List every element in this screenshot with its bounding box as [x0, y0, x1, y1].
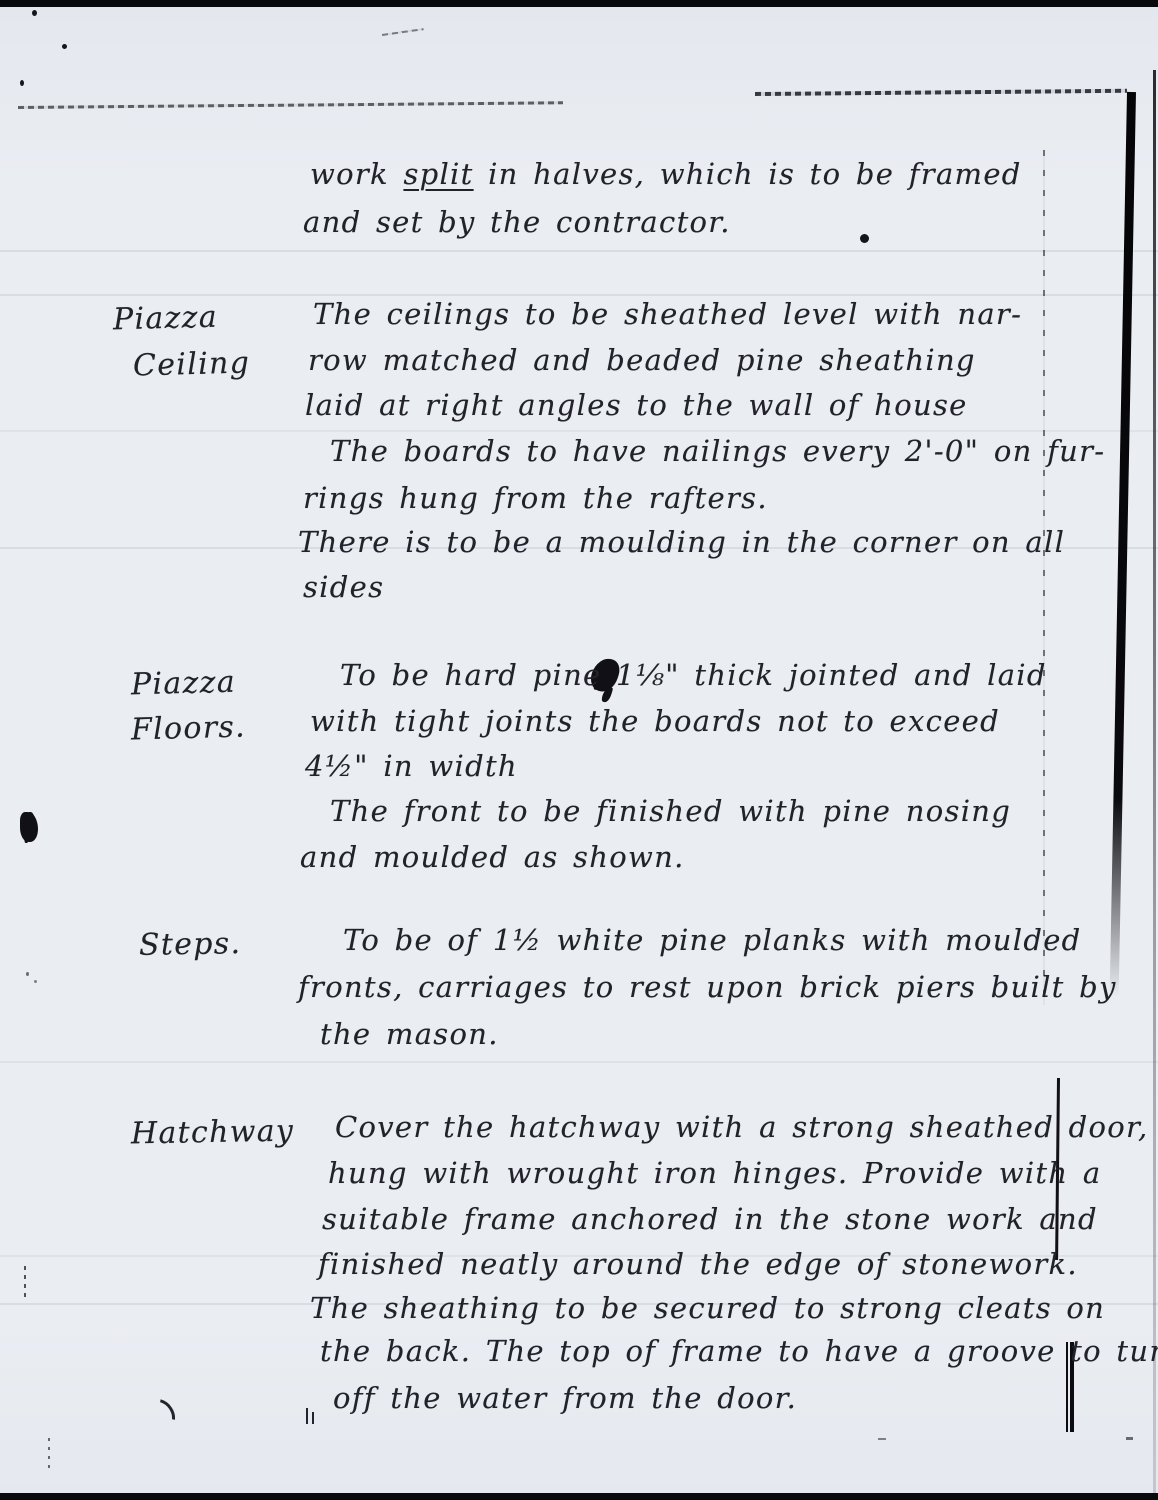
handwritten-line: laid at right angles to the wall of hous… [305, 391, 968, 420]
tick-mark [312, 1412, 314, 1424]
scan-band-line [0, 250, 1158, 252]
handwritten-line: To be hard pine 1⅛" thick jointed and la… [340, 661, 1047, 690]
intro-text-post: in halves, which is to be framed [474, 157, 1022, 191]
section-label-piazza-ceiling: Piazza [113, 303, 219, 336]
handwritten-line: There is to be a moulding in the corner … [298, 528, 1065, 557]
margin-smudge [20, 812, 38, 842]
binding-shadow-line [1110, 92, 1136, 997]
scan-band-line [0, 430, 1158, 432]
handwritten-line: The front to be finished with pine nosin… [330, 797, 1011, 826]
handwritten-line: The boards to have nailings every 2'-0" … [330, 437, 1105, 466]
pen-check-mark [139, 1393, 181, 1437]
handwritten-line: The sheathing to be secured to strong cl… [310, 1294, 1105, 1323]
scan-scratch-line-left [18, 101, 563, 109]
handwritten-line: hung with wrought iron hinges. Provide w… [328, 1159, 1101, 1188]
handwritten-line: sides [303, 573, 384, 602]
handwritten-line: The ceilings to be sheathed level with n… [313, 300, 1022, 329]
handwritten-line: row matched and beaded pine sheathing [308, 346, 976, 375]
handwritten-line: the mason. [320, 1020, 499, 1049]
section-label-steps: Steps. [139, 929, 242, 961]
fold-crease-dashed-line [1043, 150, 1045, 1005]
corner-speck-icon [20, 80, 24, 86]
scan-top-edge-bar [0, 0, 1158, 7]
handwritten-line: finished neatly around the edge of stone… [318, 1250, 1078, 1279]
handwritten-line: rings hung from the rafters. [303, 484, 768, 513]
scan-band-line [0, 1061, 1158, 1063]
margin-dots [34, 980, 37, 983]
underlined-word: split [403, 157, 473, 191]
section-label-hatchway: Hatchway [131, 1117, 295, 1150]
section-label-piazza-ceiling: Ceiling [133, 348, 251, 381]
margin-dotted-mark [48, 1438, 50, 1472]
scan-scratch-line-right [755, 89, 1127, 96]
section-label-piazza-floors: Floors. [131, 713, 247, 746]
ink-dot [860, 234, 869, 243]
page-edge-line [1153, 70, 1156, 1500]
intro-text-pre: work [310, 157, 403, 191]
margin-dots [26, 972, 29, 976]
handwritten-line: off the water from the door. [333, 1384, 797, 1413]
handwritten-line: suitable frame anchored in the stone wor… [322, 1205, 1098, 1234]
section-label-piazza-floors: Piazza [131, 668, 237, 701]
handwritten-line: work split in halves, which is to be fra… [310, 160, 1022, 189]
handwritten-line: the back. The top of frame to have a gro… [320, 1337, 1158, 1366]
handwritten-line: and set by the contractor. [303, 208, 731, 237]
document-page: work split in halves, which is to be fra… [0, 0, 1158, 1500]
handwritten-line: 4½" in width [305, 752, 518, 781]
corner-speck-icon [62, 44, 67, 49]
handwritten-line: and moulded as shown. [300, 843, 685, 872]
tick-mark [306, 1408, 308, 1424]
handwritten-line: fronts, carriages to rest upon brick pie… [298, 973, 1117, 1002]
handwritten-line: Cover the hatchway with a strong sheathe… [335, 1113, 1148, 1142]
scan-band-line [0, 294, 1158, 296]
top-dash-mark [382, 28, 424, 36]
corner-speck-icon [32, 10, 37, 16]
handwritten-line: To be of 1½ white pine planks with mould… [343, 926, 1082, 955]
margin-dotted-mark [24, 1266, 26, 1300]
bottom-dash-mark [878, 1438, 886, 1440]
scan-bottom-edge-bar [0, 1493, 1158, 1500]
bottom-dash-mark [1126, 1437, 1133, 1440]
handwritten-line: with tight joints the boards not to exce… [310, 707, 1000, 736]
